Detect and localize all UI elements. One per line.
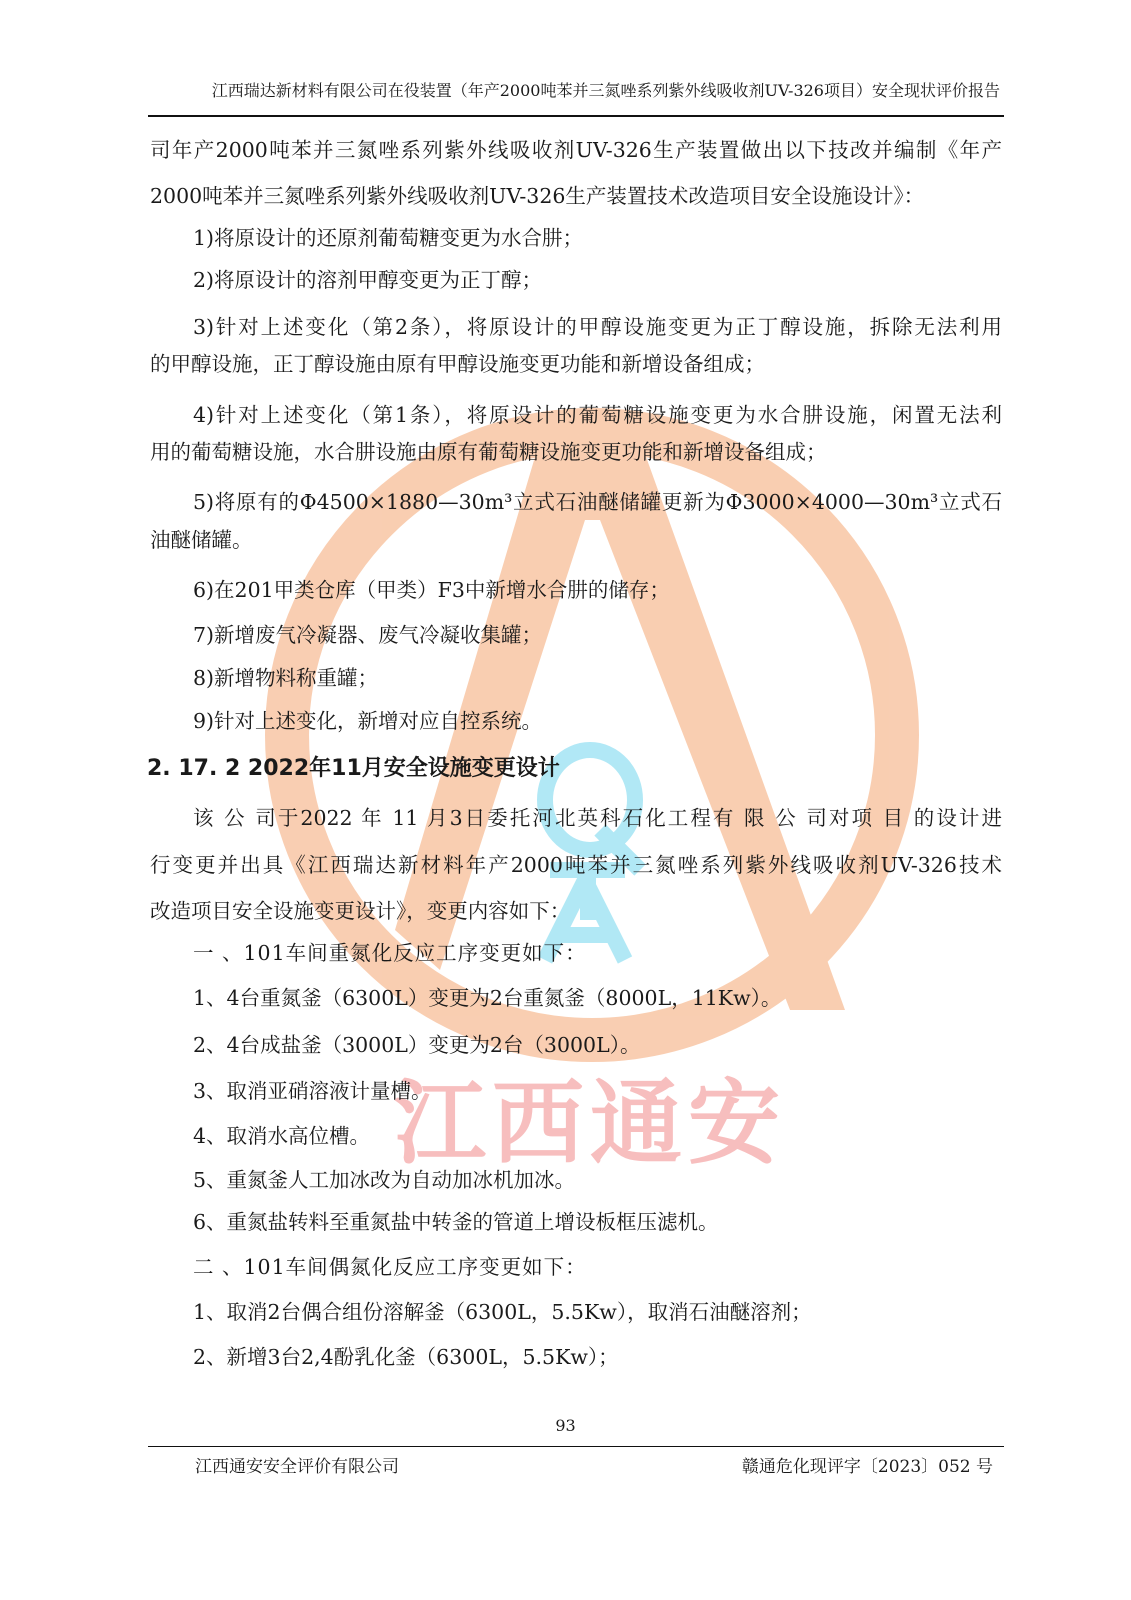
section-heading: 2. 17. 2 2022年11月安全设施变更设计 — [147, 755, 999, 783]
list-item: 3)针对上述变化（第2条），将原设计的甲醇设施变更为正丁醇设施，拆除无法利用 — [193, 313, 1002, 341]
paragraph-line: 改造项目安全设施变更设计》，变更内容如下： — [150, 897, 1002, 925]
footer-company: 江西通安安全评价有限公司 — [195, 1452, 399, 1477]
list-item: 5)将原有的Φ4500×1880—30m³立式石油醚储罐更新为Φ3000×400… — [193, 488, 1002, 516]
paragraph-line: 司年产2000吨苯并三氮唑系列紫外线吸收剂UV-326生产装置做出以下技改并编制… — [150, 136, 1002, 164]
list-item: 1、取消2台偶合组份溶解釜（6300L，5.5Kw），取消石油醚溶剂； — [193, 1298, 1045, 1326]
page-header-title: 江西瑞达新材料有限公司在役装置（年产2000吨苯并三氮唑系列紫外线吸收剂UV-3… — [150, 78, 1000, 101]
subsection-title: 二 、101车间偶氮化反应工序变更如下： — [193, 1253, 1045, 1281]
list-item: 2、4台成盐釜（3000L）变更为2台（3000L）。 — [193, 1031, 1045, 1059]
list-item: 1、4台重氮釜（6300L）变更为2台重氮釜（8000L，11Kw）。 — [193, 984, 1045, 1012]
footer-doc-number: 赣通危化现评字〔2023〕052 号 — [742, 1452, 993, 1477]
header-divider — [148, 115, 1004, 117]
list-item: 6)在201甲类仓库（甲类）F3中新增水合肼的储存； — [193, 576, 1045, 604]
list-item: 7)新增废气冷凝器、废气冷凝收集罐； — [193, 621, 1045, 649]
list-item: 2)将原设计的溶剂甲醇变更为正丁醇； — [193, 266, 1045, 294]
subsection-title: 一 、101车间重氮化反应工序变更如下： — [193, 939, 1045, 967]
list-item: 9)针对上述变化，新增对应自控系统。 — [193, 707, 1045, 735]
list-item-continuation: 的甲醇设施，正丁醇设施由原有甲醇设施变更功能和新增设备组成； — [150, 350, 1002, 378]
list-item: 2、新增3台2,4酚乳化釜（6300L，5.5Kw）； — [193, 1343, 1045, 1371]
list-item: 1)将原设计的还原剂葡萄糖变更为水合肼； — [193, 224, 1045, 252]
list-item-continuation: 用的葡萄糖设施，水合肼设施由原有葡萄糖设施变更功能和新增设备组成； — [150, 438, 1002, 466]
list-item: 4)针对上述变化（第1条），将原设计的葡萄糖设施变更为水合肼设施，闲置无法利 — [193, 401, 1002, 429]
list-item: 4、取消水高位槽。 — [193, 1122, 1045, 1150]
list-item-continuation: 油醚储罐。 — [150, 526, 1002, 554]
list-item: 8)新增物料称重罐； — [193, 664, 1045, 692]
list-item: 5、重氮釜人工加冰改为自动加冰机加冰。 — [193, 1166, 1045, 1194]
paragraph-line: 该 公 司于2022 年 11 月3日委托河北英科石化工程有 限 公 司对项 目… — [193, 804, 1002, 832]
list-item: 3、取消亚硝溶液计量槽。 — [193, 1077, 1045, 1105]
paragraph-line: 2000吨苯并三氮唑系列紫外线吸收剂UV-326生产装置技术改造项目安全设施设计… — [150, 182, 1002, 210]
footer-divider — [148, 1446, 1004, 1447]
list-item: 6、重氮盐转料至重氮盐中转釜的管道上增设板框压滤机。 — [193, 1208, 1045, 1236]
paragraph-line: 行变更并出具《江西瑞达新材料年产2000吨苯并三氮唑系列紫外线吸收剂UV-326… — [150, 851, 1002, 879]
page-number: 93 — [0, 1416, 1131, 1435]
